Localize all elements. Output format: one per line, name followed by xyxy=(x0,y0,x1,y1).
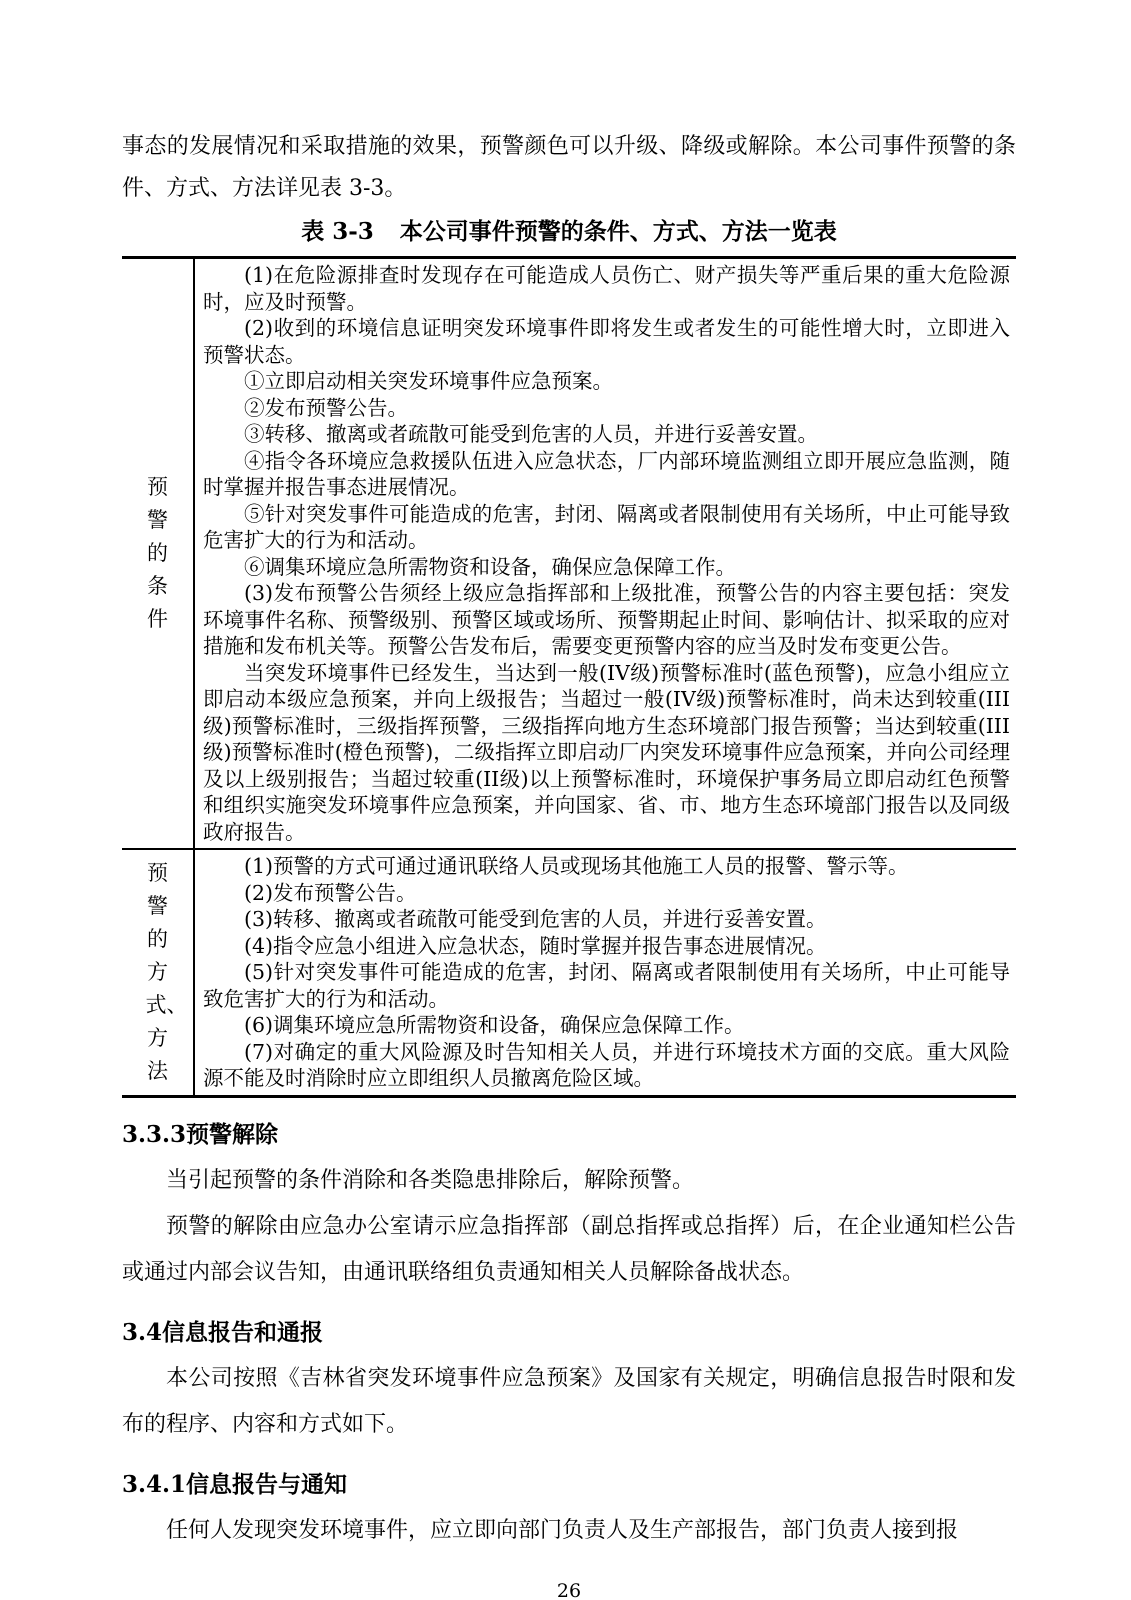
section-warning-release: 3.3.3预警解除 当引起预警的条件消除和各类隐患排除后，解除预警。 预警的解除… xyxy=(122,1112,1016,1296)
table-caption-label: 表 3-3 xyxy=(301,218,374,245)
row-header-text: 预警的条件 xyxy=(146,471,170,636)
table-paragraph: (2)发布预警公告。 xyxy=(203,880,1010,907)
table-paragraph: 当突发环境事件已经发生，当达到一般(IV级)预警标准时(蓝色预警)，应急小组应立… xyxy=(203,660,1010,846)
section-body: 任何人发现突发环境事件，应立即向部门负责人及生产部报告，部门负责人接到报 xyxy=(122,1508,1016,1554)
page-number: 26 xyxy=(122,1578,1016,1600)
section-heading-info-report: 3.4信息报告和通报 xyxy=(122,1310,1016,1356)
row-cell-warning-conditions: (1)在危险源排查时发现存在可能造成人员伤亡、财产损失等严重后果的重大危险源时，… xyxy=(193,259,1016,848)
table-caption: 表 3-3本公司事件预警的条件、方式、方法一览表 xyxy=(122,216,1016,248)
body-paragraph: 当引起预警的条件消除和各类隐患排除后，解除预警。 xyxy=(122,1158,1016,1204)
section-body: 当引起预警的条件消除和各类隐患排除后，解除预警。 预警的解除由应急办公室请示应急… xyxy=(122,1158,1016,1296)
table-paragraph: ⑤针对突发事件可能造成的危害，封闭、隔离或者限制使用有关场所，中止可能导致危害扩… xyxy=(203,501,1010,554)
table-paragraph: (1)在危险源排查时发现存在可能造成人员伤亡、财产损失等严重后果的重大危险源时，… xyxy=(203,262,1010,315)
table-paragraph: (1)预警的方式可通过通讯联络人员或现场其他施工人员的报警、警示等。 xyxy=(203,853,1010,880)
table-paragraph: (3)转移、撤离或者疏散可能受到危害的人员，并进行妥善安置。 xyxy=(203,906,1010,933)
table-paragraph: ③转移、撤离或者疏散可能受到危害的人员，并进行妥善安置。 xyxy=(203,421,1010,448)
row-header-warning-methods: 预警的方式、方法 xyxy=(122,850,193,1095)
body-paragraph: 本公司按照《吉林省突发环境事件应急预案》及国家有关规定，明确信息报告时限和发布的… xyxy=(122,1356,1016,1448)
body-paragraph: 预警的解除由应急办公室请示应急指挥部（副总指挥或总指挥）后，在企业通知栏公告或通… xyxy=(122,1204,1016,1296)
intro-paragraph: 事态的发展情况和采取措施的效果，预警颜色可以升级、降级或解除。本公司事件预警的条… xyxy=(122,126,1016,210)
table-paragraph: ②发布预警公告。 xyxy=(203,395,1010,422)
table-paragraph: (7)对确定的重大风险源及时告知相关人员，并进行环境技术方面的交底。重大风险源不… xyxy=(203,1039,1010,1092)
section-info-report-notify: 3.4.1信息报告与通知 任何人发现突发环境事件，应立即向部门负责人及生产部报告… xyxy=(122,1462,1016,1554)
table-row-warning-methods: 预警的方式、方法 (1)预警的方式可通过通讯联络人员或现场其他施工人员的报警、警… xyxy=(122,850,1016,1095)
row-header-text: 预警的方式、方法 xyxy=(146,857,170,1088)
section-heading-info-report-notify: 3.4.1信息报告与通知 xyxy=(122,1462,1016,1508)
section-body: 本公司按照《吉林省突发环境事件应急预案》及国家有关规定，明确信息报告时限和发布的… xyxy=(122,1356,1016,1448)
table-paragraph: (2)收到的环境信息证明突发环境事件即将发生或者发生的可能性增大时，立即进入预警… xyxy=(203,315,1010,368)
table-row-warning-conditions: 预警的条件 (1)在危险源排查时发现存在可能造成人员伤亡、财产损失等严重后果的重… xyxy=(122,259,1016,850)
section-info-report: 3.4信息报告和通报 本公司按照《吉林省突发环境事件应急预案》及国家有关规定，明… xyxy=(122,1310,1016,1448)
body-paragraph: 任何人发现突发环境事件，应立即向部门负责人及生产部报告，部门负责人接到报 xyxy=(122,1508,1016,1554)
warning-table: 预警的条件 (1)在危险源排查时发现存在可能造成人员伤亡、财产损失等严重后果的重… xyxy=(122,256,1016,1098)
table-paragraph: (3)发布预警公告须经上级应急指挥部和上级批准，预警公告的内容主要包括：突发环境… xyxy=(203,580,1010,660)
table-paragraph: (6)调集环境应急所需物资和设备，确保应急保障工作。 xyxy=(203,1012,1010,1039)
document-page: 事态的发展情况和采取措施的效果，预警颜色可以升级、降级或解除。本公司事件预警的条… xyxy=(0,0,1131,1600)
table-paragraph: ④指令各环境应急救援队伍进入应急状态，厂内部环境监测组立即开展应急监测，随时掌握… xyxy=(203,448,1010,501)
row-cell-warning-methods: (1)预警的方式可通过通讯联络人员或现场其他施工人员的报警、警示等。 (2)发布… xyxy=(193,850,1016,1095)
table-caption-title: 本公司事件预警的条件、方式、方法一览表 xyxy=(400,218,837,245)
table-paragraph: ⑥调集环境应急所需物资和设备，确保应急保障工作。 xyxy=(203,554,1010,581)
table-paragraph: (4)指令应急小组进入应急状态，随时掌握并报告事态进展情况。 xyxy=(203,933,1010,960)
row-header-warning-conditions: 预警的条件 xyxy=(122,259,193,848)
table-paragraph: (5)针对突发事件可能造成的危害，封闭、隔离或者限制使用有关场所，中止可能导致危… xyxy=(203,959,1010,1012)
table-paragraph: ①立即启动相关突发环境事件应急预案。 xyxy=(203,368,1010,395)
section-heading-warning-release: 3.3.3预警解除 xyxy=(122,1112,1016,1158)
